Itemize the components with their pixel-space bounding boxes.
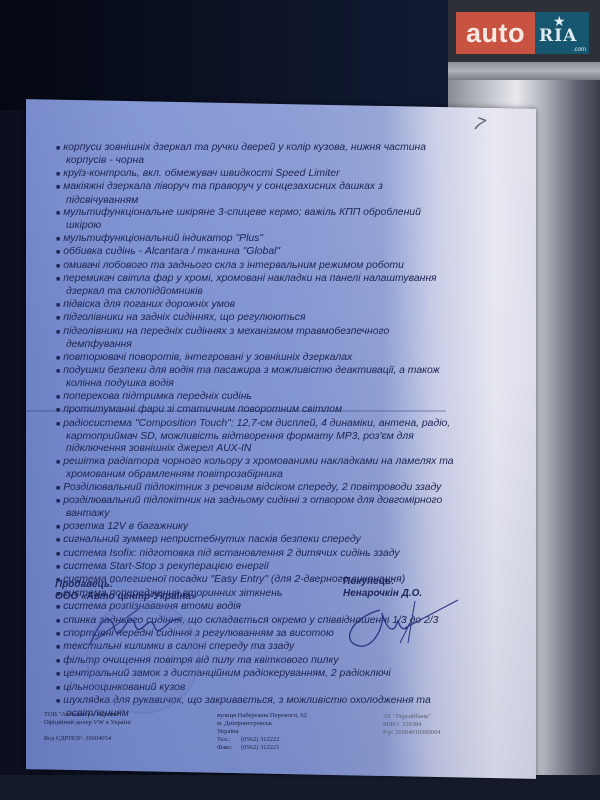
equipment-item: мультифункціональний індикатор "Plus" [56,233,456,246]
autoria-watermark: auto ★ RIA .com [456,12,589,54]
watermark-ria: ★ RIA .com [535,12,589,54]
equipment-item: перемикач світла фар у хромі, хромовані … [56,273,456,299]
watermark-domain: .com [573,47,586,53]
equipment-item: повторювачі поворотів, інтегровані у зов… [56,352,456,365]
footer-tel-label: Тел.: [217,736,241,744]
buyer-block: Покупець: Ненарочкін Д.О. [343,576,422,600]
equipment-item: макіяжні дзеркала ліворуч та праворуч у … [56,181,456,207]
equipment-item: омивачі лобового та заднього скла з інте… [56,260,456,273]
equipment-item: круїз-контроль, вкл. обмежувач швидкості… [56,168,456,181]
equipment-item: корпуси зовнішніх дзеркал та ручки двере… [56,142,456,168]
equipment-item: підвіска для поганих дорожніх умов [56,299,456,312]
footer-street: вулиця Набережна Перемоги, 62 [217,712,307,720]
equipment-item: решітка радіатора чорного кольору з хром… [56,456,456,482]
buyer-signature [340,598,465,653]
footer-mfo: МФО: 328384 [383,721,441,729]
equipment-item: сигнальний зуммер непристебнутих пасків … [56,534,456,547]
seller-label: Продавець: [55,579,197,591]
equipment-item: мультифункціональне шкіряне 3-спицеве ке… [56,207,456,233]
equipment-item: розетка 12V в багажнику [56,521,456,534]
equipment-item: Розділювальний підлокітник з речовим від… [56,482,456,495]
equipment-item: оббивка сидінь - Alcantara / тканина "Gl… [56,246,456,259]
equipment-item: підголівники на передніх сидіннях з меха… [56,326,456,352]
footer-fax-label: Факс: [217,744,241,752]
equipment-item: система Isofix: підготовка під встановле… [56,548,456,561]
footer-country: Україна [217,728,307,736]
equipment-item: поперекова підтримка передніх сидінь [56,391,456,404]
window-rail [448,62,600,80]
footer-bank-info: АТ "Укрсиббанк" МФО: 328384 Р/р: 2600401… [383,713,441,737]
seller-signature [80,600,190,650]
footer-company-info: ТОВ "Автоцентр - Україна" Офіційний диле… [44,711,131,743]
footer-company-desc: Офіційний дилер VW в Україні [44,719,131,727]
watermark-auto: auto [456,12,535,54]
footer-tel: (0562) 312222 [241,736,279,744]
bottom-background [0,775,600,800]
dark-background [0,0,450,110]
footer-bank: АТ "Укрсиббанк" [383,713,441,721]
equipment-item: радіосистема "Composition Touch": 12,7-с… [56,418,456,456]
equipment-item: подушки безпеки для водія та пасажира з … [56,365,456,391]
equipment-item: підголівники на задніх сидіннях, що регу… [56,312,456,325]
footer-city: м. Дніпропетровськ [217,720,307,728]
footer-company-name: ТОВ "Автоцентр - Україна" [44,711,131,719]
footer-address: вулиця Набережна Перемоги, 62 м. Дніпроп… [217,712,307,752]
buyer-label: Покупець: [343,576,422,588]
equipment-item: розділювальний підлокітник на задньому с… [56,495,456,521]
footer-fax: (0562) 312221 [241,744,279,752]
footer-account: Р/р: 26004010300004 [383,729,441,737]
watermark-ria-text: RIA [539,26,577,46]
equipment-item: система Start-Stop з рекуперацією енергі… [56,561,456,574]
footer-company-code: Код ЄДРПОУ: 30604054 [44,735,131,743]
equipment-item: протитуманні фари зі статичним поворотни… [56,404,456,417]
